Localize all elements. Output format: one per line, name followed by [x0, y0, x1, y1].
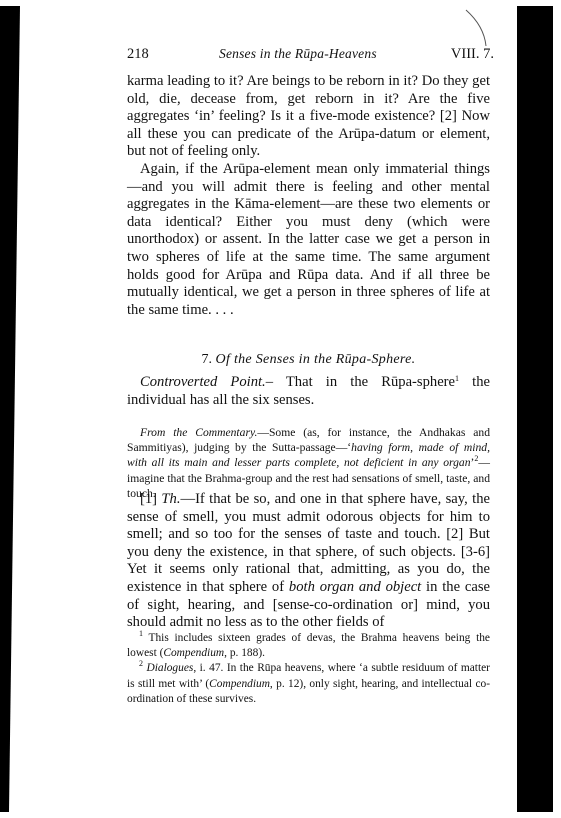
controverted-label: Controverted Point. [140, 374, 266, 390]
argument-paragraph: [1] Th.—If that be so, and one in that s… [127, 491, 490, 632]
argument-marker: [1] [140, 491, 161, 507]
scan-left-edge-shadow [0, 6, 20, 812]
paragraph-text: karma leading to it? Are beings to be re… [127, 73, 490, 161]
section-reference: VIII. 7. [451, 46, 494, 63]
scan-right-edge-shadow [517, 6, 553, 812]
page-curl-mark [464, 8, 488, 48]
section-heading: 7. Of the Senses in the Rūpa-Sphere. [127, 352, 490, 368]
footnote-citation: Dialogues [146, 662, 193, 674]
running-head: 218 Senses in the Rūpa-Heavens VIII. 7. [127, 46, 492, 64]
footnotes: 1 This includes sixteen grades of devas,… [127, 631, 490, 707]
paragraph-text: Again, if the Arūpa-element mean only im… [127, 161, 490, 319]
speaker-label: Th. [161, 491, 180, 507]
paragraph-continued: karma leading to it? Are beings to be re… [127, 73, 490, 161]
paragraph-again: Again, if the Arūpa-element mean only im… [127, 161, 490, 319]
section-title: Of the Senses in the Rūpa-Sphere. [216, 352, 416, 367]
controverted-point: Controverted Point.– That in the Rūpa-sp… [127, 374, 490, 409]
emphasis-text: both organ and object [289, 579, 421, 595]
section-number: 7. [202, 352, 213, 367]
controverted-text: – That in the Rūpa-sphere [266, 374, 455, 390]
footnote-citation: Compendium [209, 678, 270, 690]
footnote-1: 1 This includes sixteen grades of devas,… [127, 631, 490, 661]
footnote-citation: Compendium [163, 647, 224, 659]
footnote-text: , p. 188). [224, 647, 265, 659]
footnote-2: 2 Dialogues, i. 47. In the Rūpa heavens,… [127, 661, 490, 707]
running-title: Senses in the Rūpa-Heavens [219, 46, 377, 62]
page-number: 218 [127, 46, 149, 63]
footnote-marker: 2 [139, 659, 143, 668]
commentary-label: From the Commentary. [140, 426, 257, 439]
